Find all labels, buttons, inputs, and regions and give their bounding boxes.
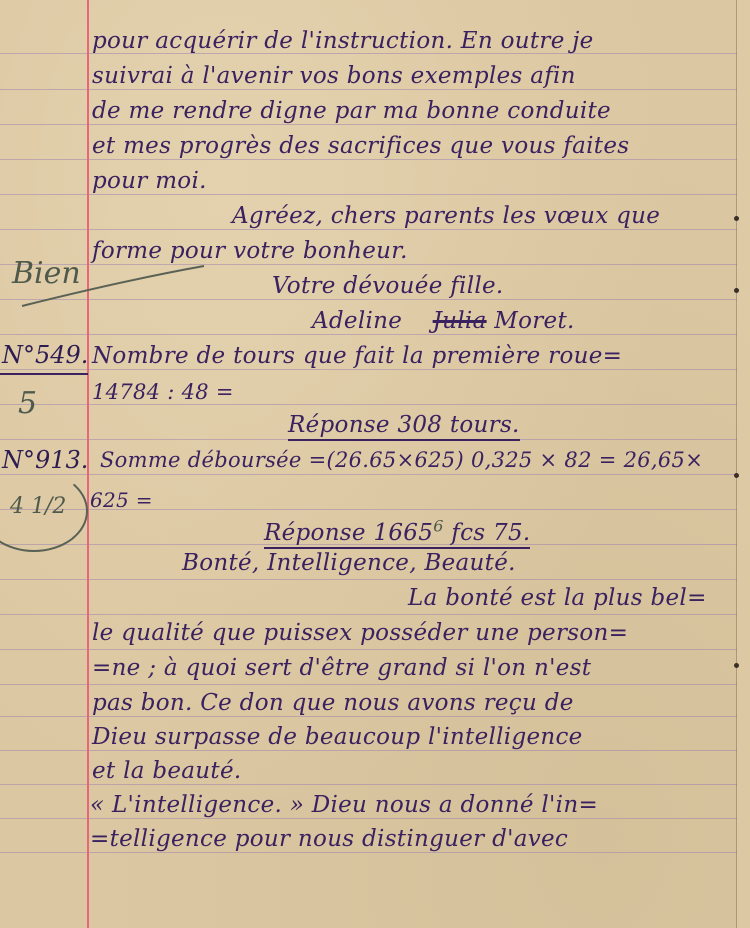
page-fold-line	[736, 0, 737, 928]
essay-line: Dieu surpasse de beaucoup l'intelligence	[92, 724, 583, 750]
letter-closing: Votre dévouée fille.	[272, 273, 504, 299]
letter-line: pour acquérir de l'instruction. En outre…	[92, 28, 594, 54]
problem-calculation: 14784 : 48 =	[92, 380, 234, 404]
problem-number-underline	[0, 373, 88, 375]
problem-number: N°913.	[2, 446, 88, 474]
letter-line: Agréez, chers parents les vœux que	[232, 203, 660, 229]
letter-line: et mes progrès des sacrifices que vous f…	[92, 133, 629, 159]
essay-title: Bonté, Intelligence, Beauté.	[182, 550, 516, 576]
essay-line: La bonté est la plus bel=	[408, 585, 707, 611]
problem-statement: Nombre de tours que fait la première rou…	[92, 343, 622, 369]
problem-answer: Réponse 308 tours.	[288, 412, 520, 438]
essay-line: le qualité que puissex posséder une pers…	[92, 620, 628, 646]
letter-line: forme pour votre bonheur.	[92, 238, 408, 264]
problem-calculation: 625 =	[90, 488, 153, 512]
signature-last-name: Moret.	[494, 308, 574, 334]
letter-line: pour moi.	[92, 168, 207, 194]
signature-first-name: Adeline	[312, 308, 402, 334]
problem-answer: Réponse 16656 fcs 75.	[264, 516, 530, 546]
pencil-correction: 6	[433, 516, 443, 535]
letter-line: de me rendre digne par ma bonne conduite	[92, 98, 611, 124]
page-edge-strip	[737, 0, 750, 928]
signature-struck-name: Julia	[433, 308, 487, 334]
pencil-flourish-icon	[18, 262, 208, 312]
letter-line: suivrai à l'avenir vos bons exemples afi…	[92, 63, 576, 89]
grade-problem-1: 5	[18, 386, 37, 421]
essay-line: et la beauté.	[92, 758, 241, 784]
binding-hole	[734, 288, 739, 293]
binding-hole	[734, 216, 739, 221]
binding-hole	[734, 473, 739, 478]
essay-section: « L'intelligence. » Dieu nous a donné l'…	[90, 792, 598, 818]
essay-line: =telligence pour nous distinguer d'avec	[90, 826, 568, 852]
corrected-digit: 5	[418, 520, 433, 546]
essay-line: =ne ; à quoi sert d'être grand si l'on n…	[92, 655, 591, 681]
problem-number: N°549.	[2, 341, 88, 369]
problem-statement: Somme déboursée =(26.65×625) 0,325 × 82 …	[100, 448, 703, 472]
signature: Adeline Julia Moret.	[312, 308, 575, 334]
essay-line: pas bon. Ce don que nous avons reçu de	[92, 690, 574, 716]
notebook-page: pour acquérir de l'instruction. En outre…	[0, 0, 750, 928]
binding-hole	[734, 663, 739, 668]
grade-circle	[0, 470, 88, 552]
section-heading: « L'intelligence. »	[90, 792, 304, 818]
